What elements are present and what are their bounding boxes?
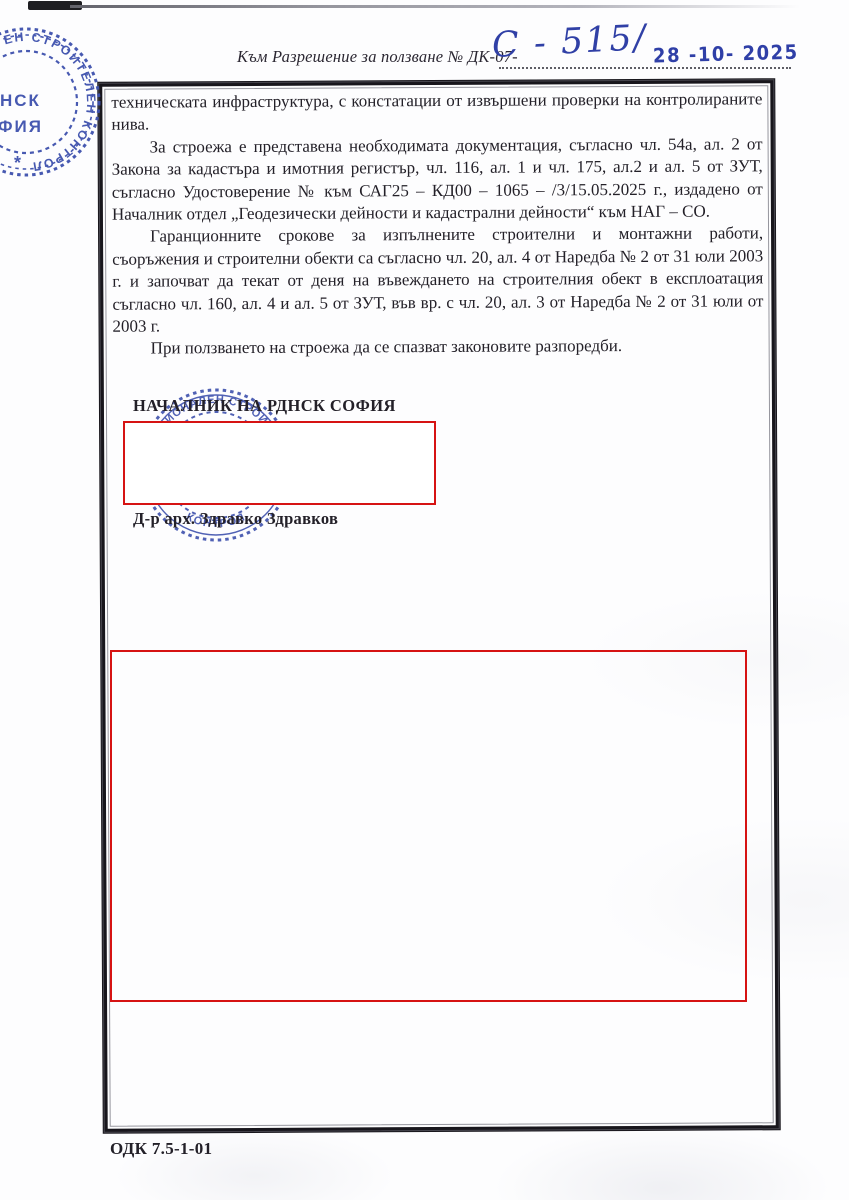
paragraph-usage-provision: При ползването на строежа да се спазват … (113, 335, 764, 361)
form-code: ОДК 7.5-1-01 (110, 1139, 212, 1159)
left-stamp-star: * (14, 153, 21, 173)
paragraph-warranty-terms: Гаранционните срокове за изпълнените стр… (112, 223, 764, 338)
signatory-name: Д-р арх. Здравко Здравков (133, 509, 338, 529)
handwritten-case-number: С - 515/ (491, 18, 648, 66)
scan-artifact-line (70, 5, 800, 8)
left-stamp-line1: НСК (0, 91, 41, 110)
header-reference-label: Към Разрешение за ползване № ДК-07- (237, 47, 518, 67)
paragraph-technical-infrastructure: техническата инфраструктура, с констатац… (111, 88, 762, 136)
redaction-box-large (110, 650, 747, 1002)
left-stamp-line2: ФИЯ (0, 117, 43, 136)
date-stamp: 28 -10- 2025 (653, 41, 799, 68)
paragraph-documentation: За строежа е представена необходимата до… (112, 133, 763, 226)
scanned-document-page: ЕН СТРОИТЕЛЕН КОНТРОЛ НСК ФИЯ * Към Разр… (0, 0, 849, 1200)
round-stamp-left-icon: ЕН СТРОИТЕЛЕН КОНТРОЛ НСК ФИЯ * (0, 14, 114, 190)
document-body: техническата инфраструктура, с констатац… (111, 88, 763, 360)
signatory-title: НАЧАЛНИК НА РДНСК СОФИЯ (133, 396, 396, 416)
redaction-box-signature (123, 421, 436, 505)
